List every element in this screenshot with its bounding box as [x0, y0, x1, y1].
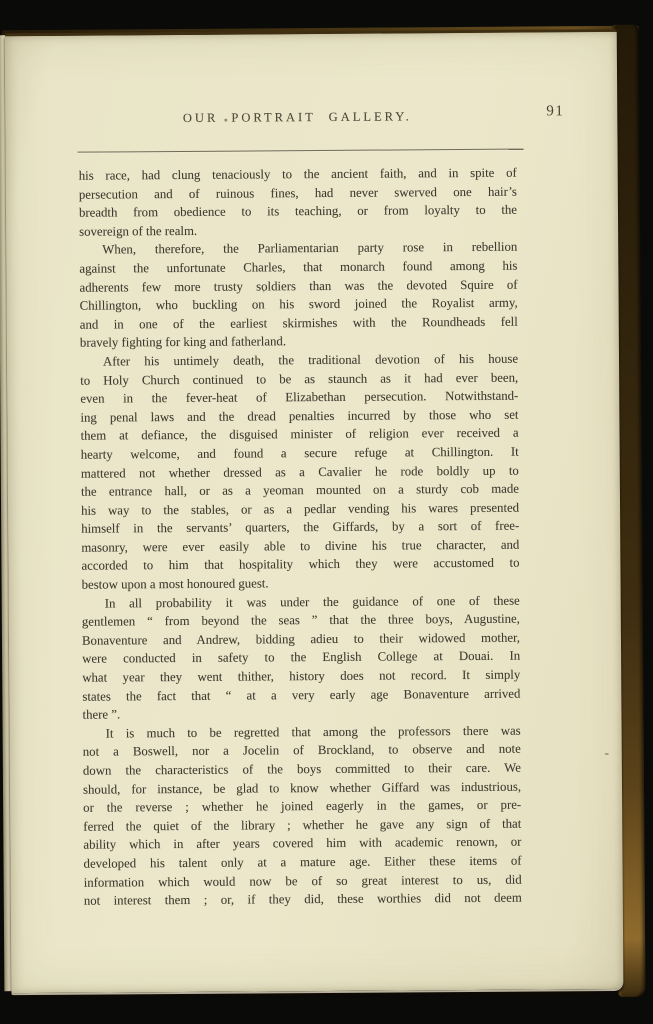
running-title: OUR PORTRAIT GALLERY. [183, 109, 412, 126]
text-line: states the fact that “ at a very early a… [82, 684, 520, 706]
page-header: OUR PORTRAIT GALLERY. [78, 107, 516, 128]
paper-speck [263, 290, 265, 292]
photograph-background: OUR PORTRAIT GALLERY. 91 his race, had c… [0, 0, 653, 1024]
paper-speck [605, 753, 609, 755]
text-line: down the characteristics of the boys com… [83, 759, 521, 781]
text-line: hearty welcome, and found a secure refug… [81, 443, 519, 465]
paper-speck [224, 119, 227, 122]
text-line: After his untimely death, the traditiona… [80, 350, 518, 372]
text-line: not interest them ; or, if they did, the… [84, 889, 522, 911]
text-block: his race, had clung tenaciously to the a… [79, 164, 522, 911]
text-line: and in one of the earliest skirmishes wi… [80, 312, 518, 334]
text-line: against the unfortunate Charles, that mo… [79, 257, 517, 279]
text-line: his race, had clung tenaciously to the a… [79, 164, 517, 186]
text-line: developed his talent only at a mature ag… [83, 852, 521, 874]
book: OUR PORTRAIT GALLERY. 91 his race, had c… [0, 0, 653, 1024]
header-rule [78, 149, 524, 153]
page-number: 91 [538, 103, 572, 120]
text-line: what year they went thither, history doe… [82, 666, 520, 688]
text-line: accorded to him that hospitality which t… [81, 554, 519, 576]
text-line: breadth from obedience to its teaching, … [79, 201, 517, 223]
book-page: OUR PORTRAIT GALLERY. 91 his race, had c… [5, 29, 624, 993]
